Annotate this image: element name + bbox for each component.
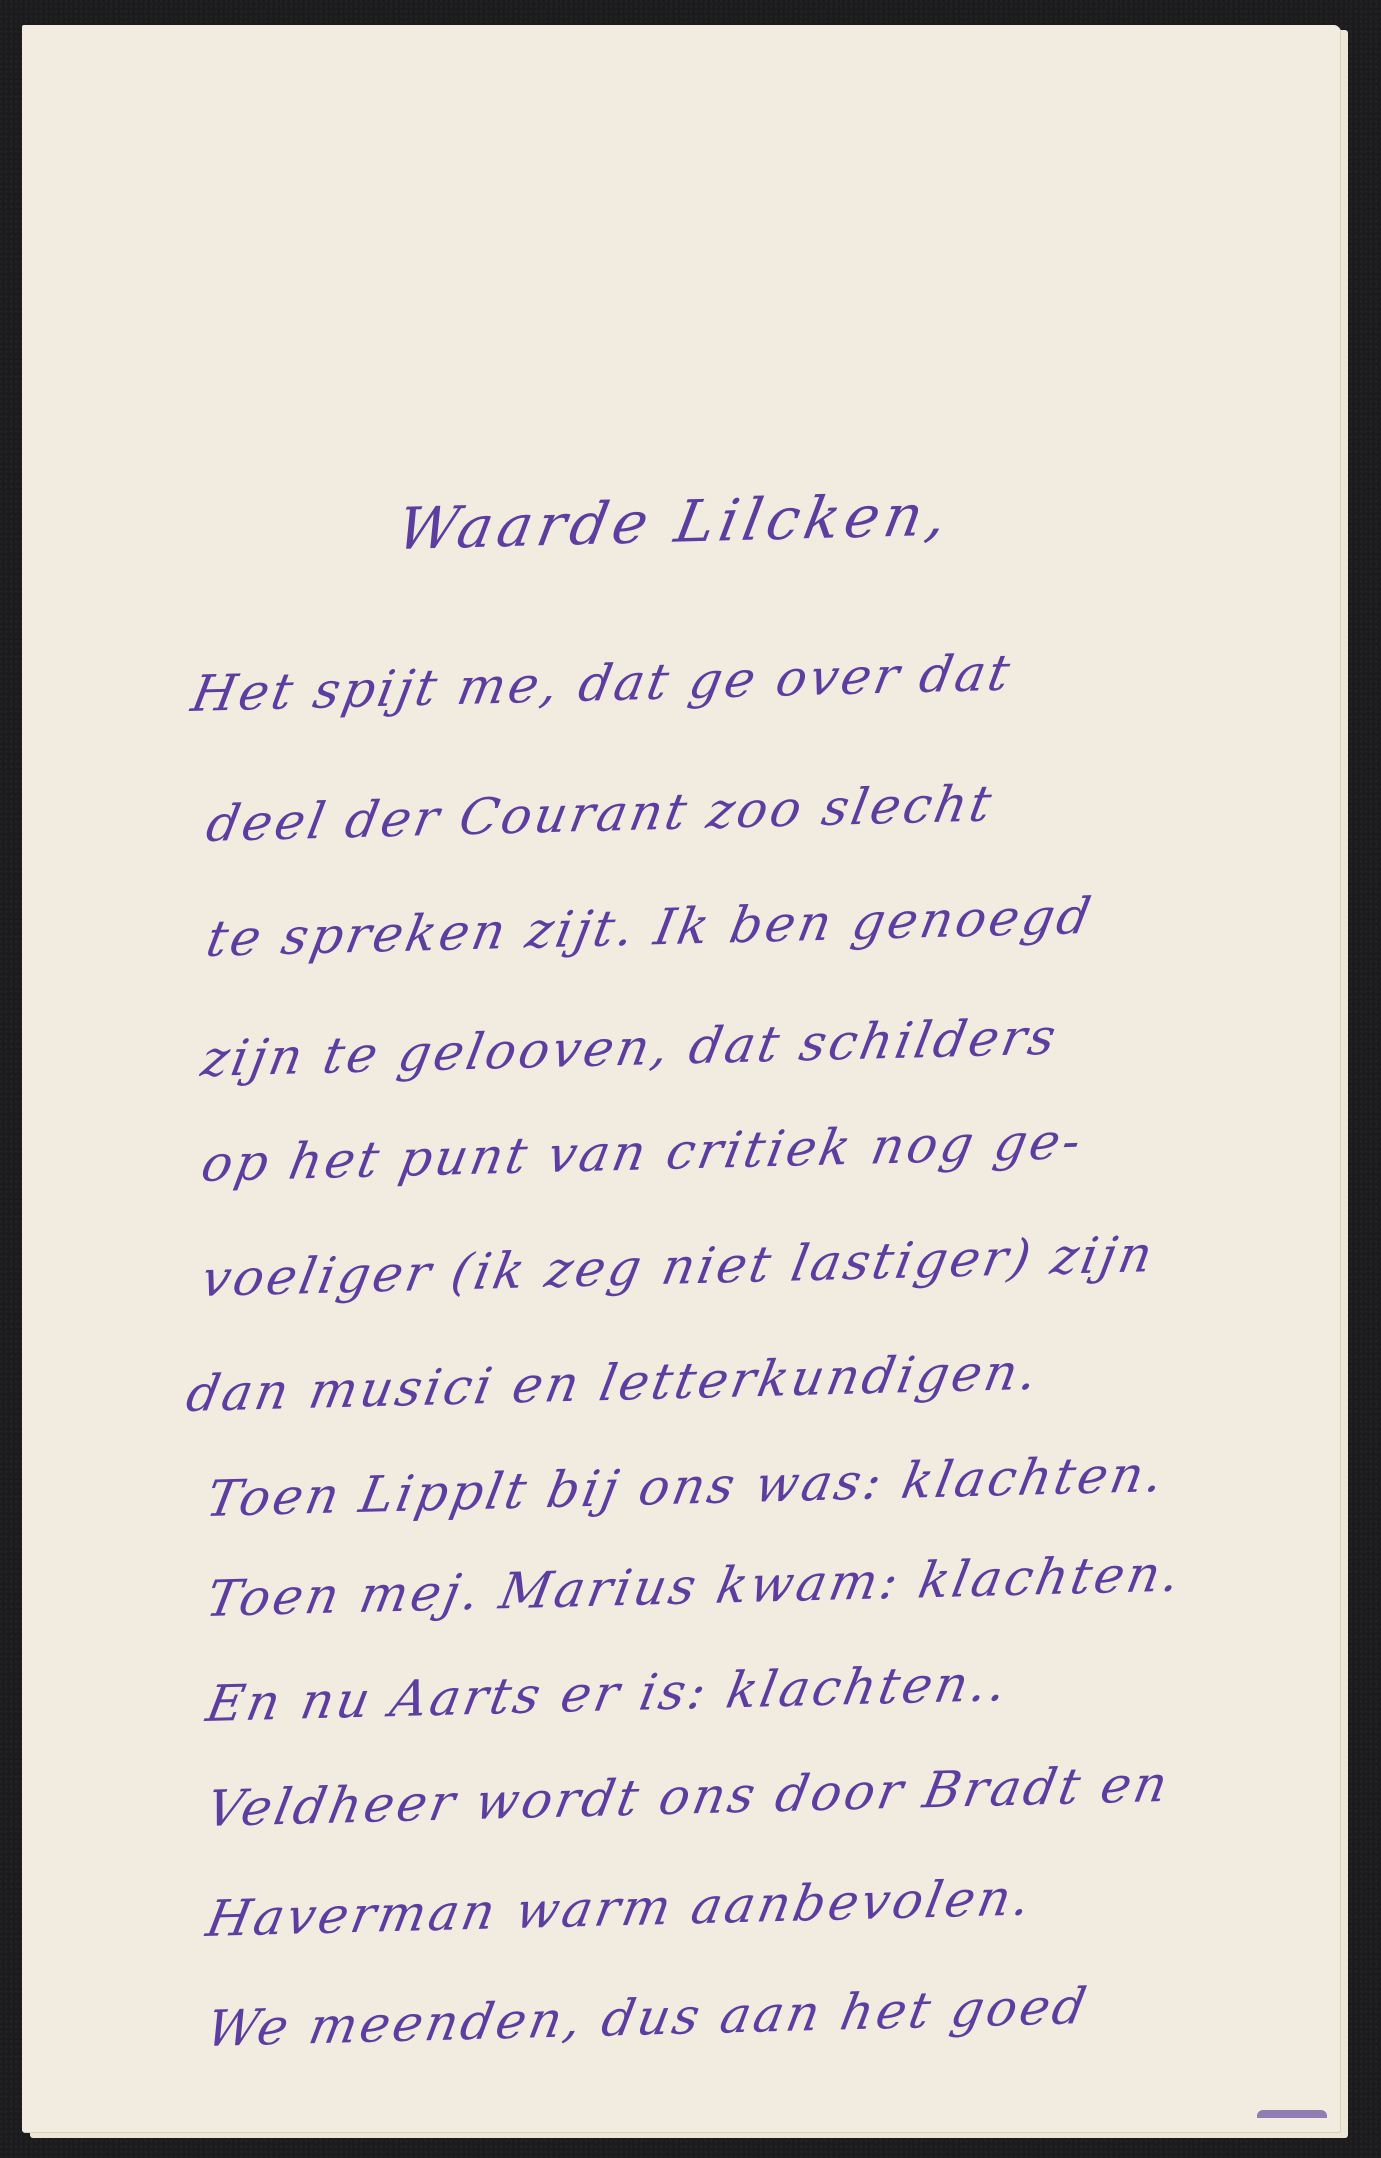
- letter-line-8: Toen Lipplt bij ons was: klachten.: [202, 1445, 1171, 1528]
- letter-line-4: zijn te gelooven, dat schilders: [197, 1008, 1063, 1088]
- letter-line-5: op het punt van critiek nog ge-: [197, 1112, 1088, 1193]
- letter-line-9: Toen mej. Marius kwam: klachten.: [202, 1545, 1187, 1628]
- letter-line-12: Haverman warm aanbevolen.: [202, 1869, 1038, 1948]
- letter-line-11: Veldheer wordt ons door Bradt en: [202, 1755, 1175, 1838]
- letter-line-6: voeliger (ik zeg niet lastiger) zijn: [197, 1225, 1160, 1308]
- letter-page: Waarde Lilcken, Het spijt me, dat ge ove…: [22, 25, 1340, 2132]
- letter-line-10: En nu Aarts er is: klachten..: [202, 1654, 1014, 1733]
- letter-line-7: dan musici en letterkundigen.: [182, 1343, 1045, 1423]
- letter-line-13: We meenden, dus aan het goed: [202, 1977, 1094, 2058]
- letter-salutation: Waarde Lilcken,: [392, 481, 957, 563]
- letter-line-3: te spreken zijt. Ik ben genoegd: [202, 887, 1098, 968]
- letter-body: Waarde Lilcken, Het spijt me, dat ge ove…: [22, 25, 1340, 2132]
- letter-line-2: deel der Courant zoo slecht: [202, 775, 999, 853]
- letter-line-1: Het spijt me, dat ge over dat: [187, 644, 1017, 723]
- ink-smudge: [1257, 2110, 1327, 2118]
